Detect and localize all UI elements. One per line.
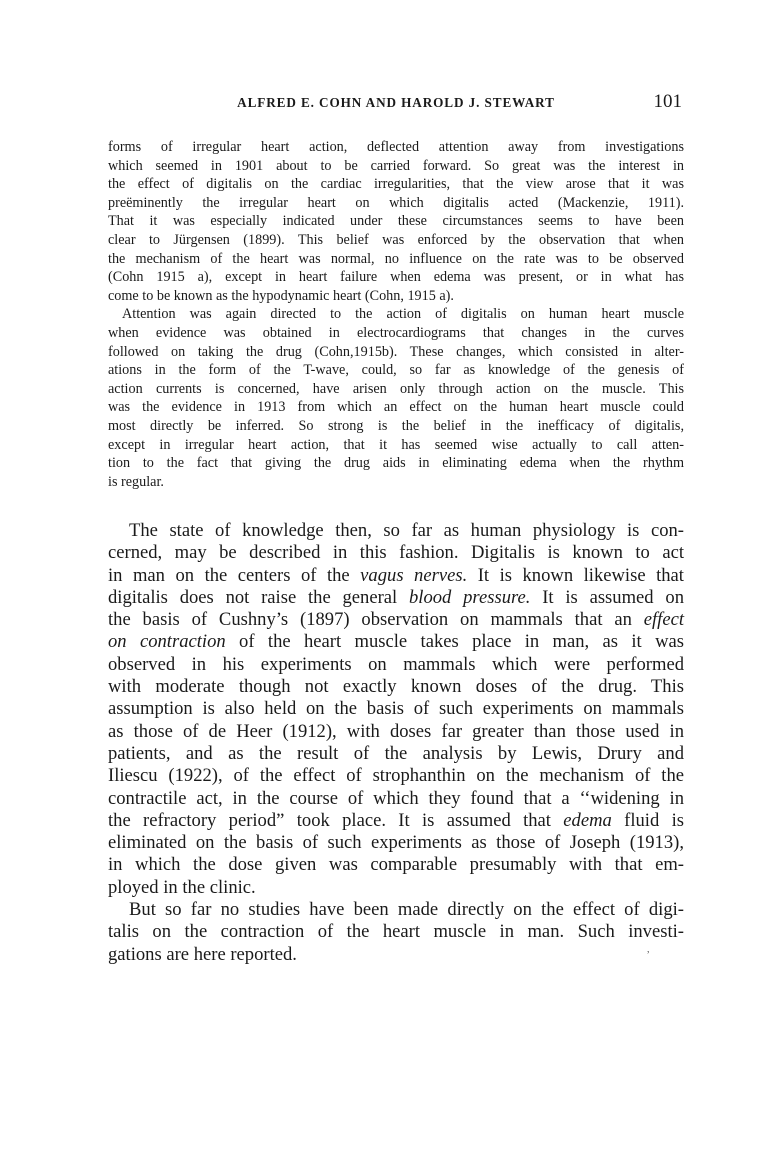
text-line: tion to the fact that giving the drug ai…: [108, 454, 684, 473]
emphasis-effect: effect: [644, 609, 684, 630]
text-line: on contraction of the heart muscle takes…: [108, 631, 684, 653]
text-line: except in irregular heart action, that i…: [108, 436, 684, 455]
small-print-section: forms of irregular heart action, deflect…: [108, 138, 684, 491]
text-line: the effect of digitalis on the cardiac i…: [108, 175, 684, 194]
text-line: cerned, may be described in this fashion…: [108, 542, 684, 564]
text-line: assumption is also held on the basis of …: [108, 698, 684, 720]
text-line: forms of irregular heart action, deflect…: [108, 138, 684, 157]
body-paragraph-1: The state of knowledge then, so far as h…: [108, 520, 684, 899]
text-run: It is known likewise that: [467, 565, 684, 586]
emphasis-edema: edema: [563, 810, 612, 831]
small-paragraph-2: Attention was again directed to the acti…: [108, 305, 684, 491]
text-line: But so far no studies have been made dir…: [108, 899, 684, 921]
text-run: It is assumed on: [530, 587, 684, 608]
text-line: was the evidence in 1913 from which an e…: [108, 398, 684, 417]
text-run: the refractory period” took place. It is…: [108, 810, 563, 831]
text-line: observed in his experiments on mammals w…: [108, 654, 684, 676]
emphasis-on-contraction: on contraction: [108, 631, 226, 652]
text-line: with moderate though not exactly known d…: [108, 676, 684, 698]
body-text-section: The state of knowledge then, so far as h…: [108, 520, 684, 966]
text-line: The state of knowledge then, so far as h…: [108, 520, 684, 542]
stray-ink-mark: ,: [647, 944, 650, 955]
text-line: ations in the form of the T-wave, could,…: [108, 361, 684, 380]
running-header: ALFRED E. COHN AND HAROLD J. STEWART 101: [108, 92, 684, 114]
text-line: ployed in the clinic.: [108, 877, 684, 899]
text-line: (Cohn 1915 a), except in heart failure w…: [108, 268, 684, 287]
text-run: the basis of Cushny’s (1897) observation…: [108, 609, 644, 630]
text-line: gations are here reported.: [108, 944, 684, 966]
emphasis-blood-pressure: blood pressure.: [409, 587, 530, 608]
text-run: in man on the centers of the: [108, 565, 360, 586]
text-line: digitalis does not raise the general blo…: [108, 587, 684, 609]
running-title: ALFRED E. COHN AND HAROLD J. STEWART: [108, 95, 684, 111]
body-paragraph-2: But so far no studies have been made dir…: [108, 899, 684, 966]
text-line: talis on the contraction of the heart mu…: [108, 921, 684, 943]
text-line: in which the dose given was comparable p…: [108, 854, 684, 876]
small-paragraph-1: forms of irregular heart action, deflect…: [108, 138, 684, 305]
text-run: of the heart muscle takes place in man, …: [226, 631, 684, 652]
text-line: most directly be inferred. So strong is …: [108, 417, 684, 436]
text-line: That it was especially indicated under t…: [108, 212, 684, 231]
text-line: in man on the centers of the vagus nerve…: [108, 565, 684, 587]
text-line: the basis of Cushny’s (1897) observation…: [108, 609, 684, 631]
text-line: come to be known as the hypodynamic hear…: [108, 287, 684, 306]
text-line: when evidence was obtained in electrocar…: [108, 324, 684, 343]
text-line: clear to Jürgensen (1899). This belief w…: [108, 231, 684, 250]
emphasis-vagus-nerves: vagus nerves.: [360, 565, 467, 586]
text-run: digitalis does not raise the general: [108, 587, 409, 608]
text-line: patients, and as the result of the analy…: [108, 743, 684, 765]
text-line: which seemed in 1901 about to be carried…: [108, 157, 684, 176]
text-line: followed on taking the drug (Cohn,1915b)…: [108, 343, 684, 362]
text-line: is regular.: [108, 473, 684, 492]
text-line: as those of de Heer (1912), with doses f…: [108, 721, 684, 743]
text-line: contractile act, in the course of which …: [108, 788, 684, 810]
text-line: action currents is concerned, have arise…: [108, 380, 684, 399]
document-page: ALFRED E. COHN AND HAROLD J. STEWART 101…: [0, 0, 767, 1163]
text-run: fluid is: [612, 810, 684, 831]
page-number: 101: [654, 91, 683, 113]
text-line: Attention was again directed to the acti…: [108, 305, 684, 324]
text-line: the mechanism of the heart was normal, n…: [108, 250, 684, 269]
text-line: Iliescu (1922), of the effect of stropha…: [108, 765, 684, 787]
text-line: preëminently the irregular heart on whic…: [108, 194, 684, 213]
text-line: eliminated on the basis of such experime…: [108, 832, 684, 854]
text-line: the refractory period” took place. It is…: [108, 810, 684, 832]
